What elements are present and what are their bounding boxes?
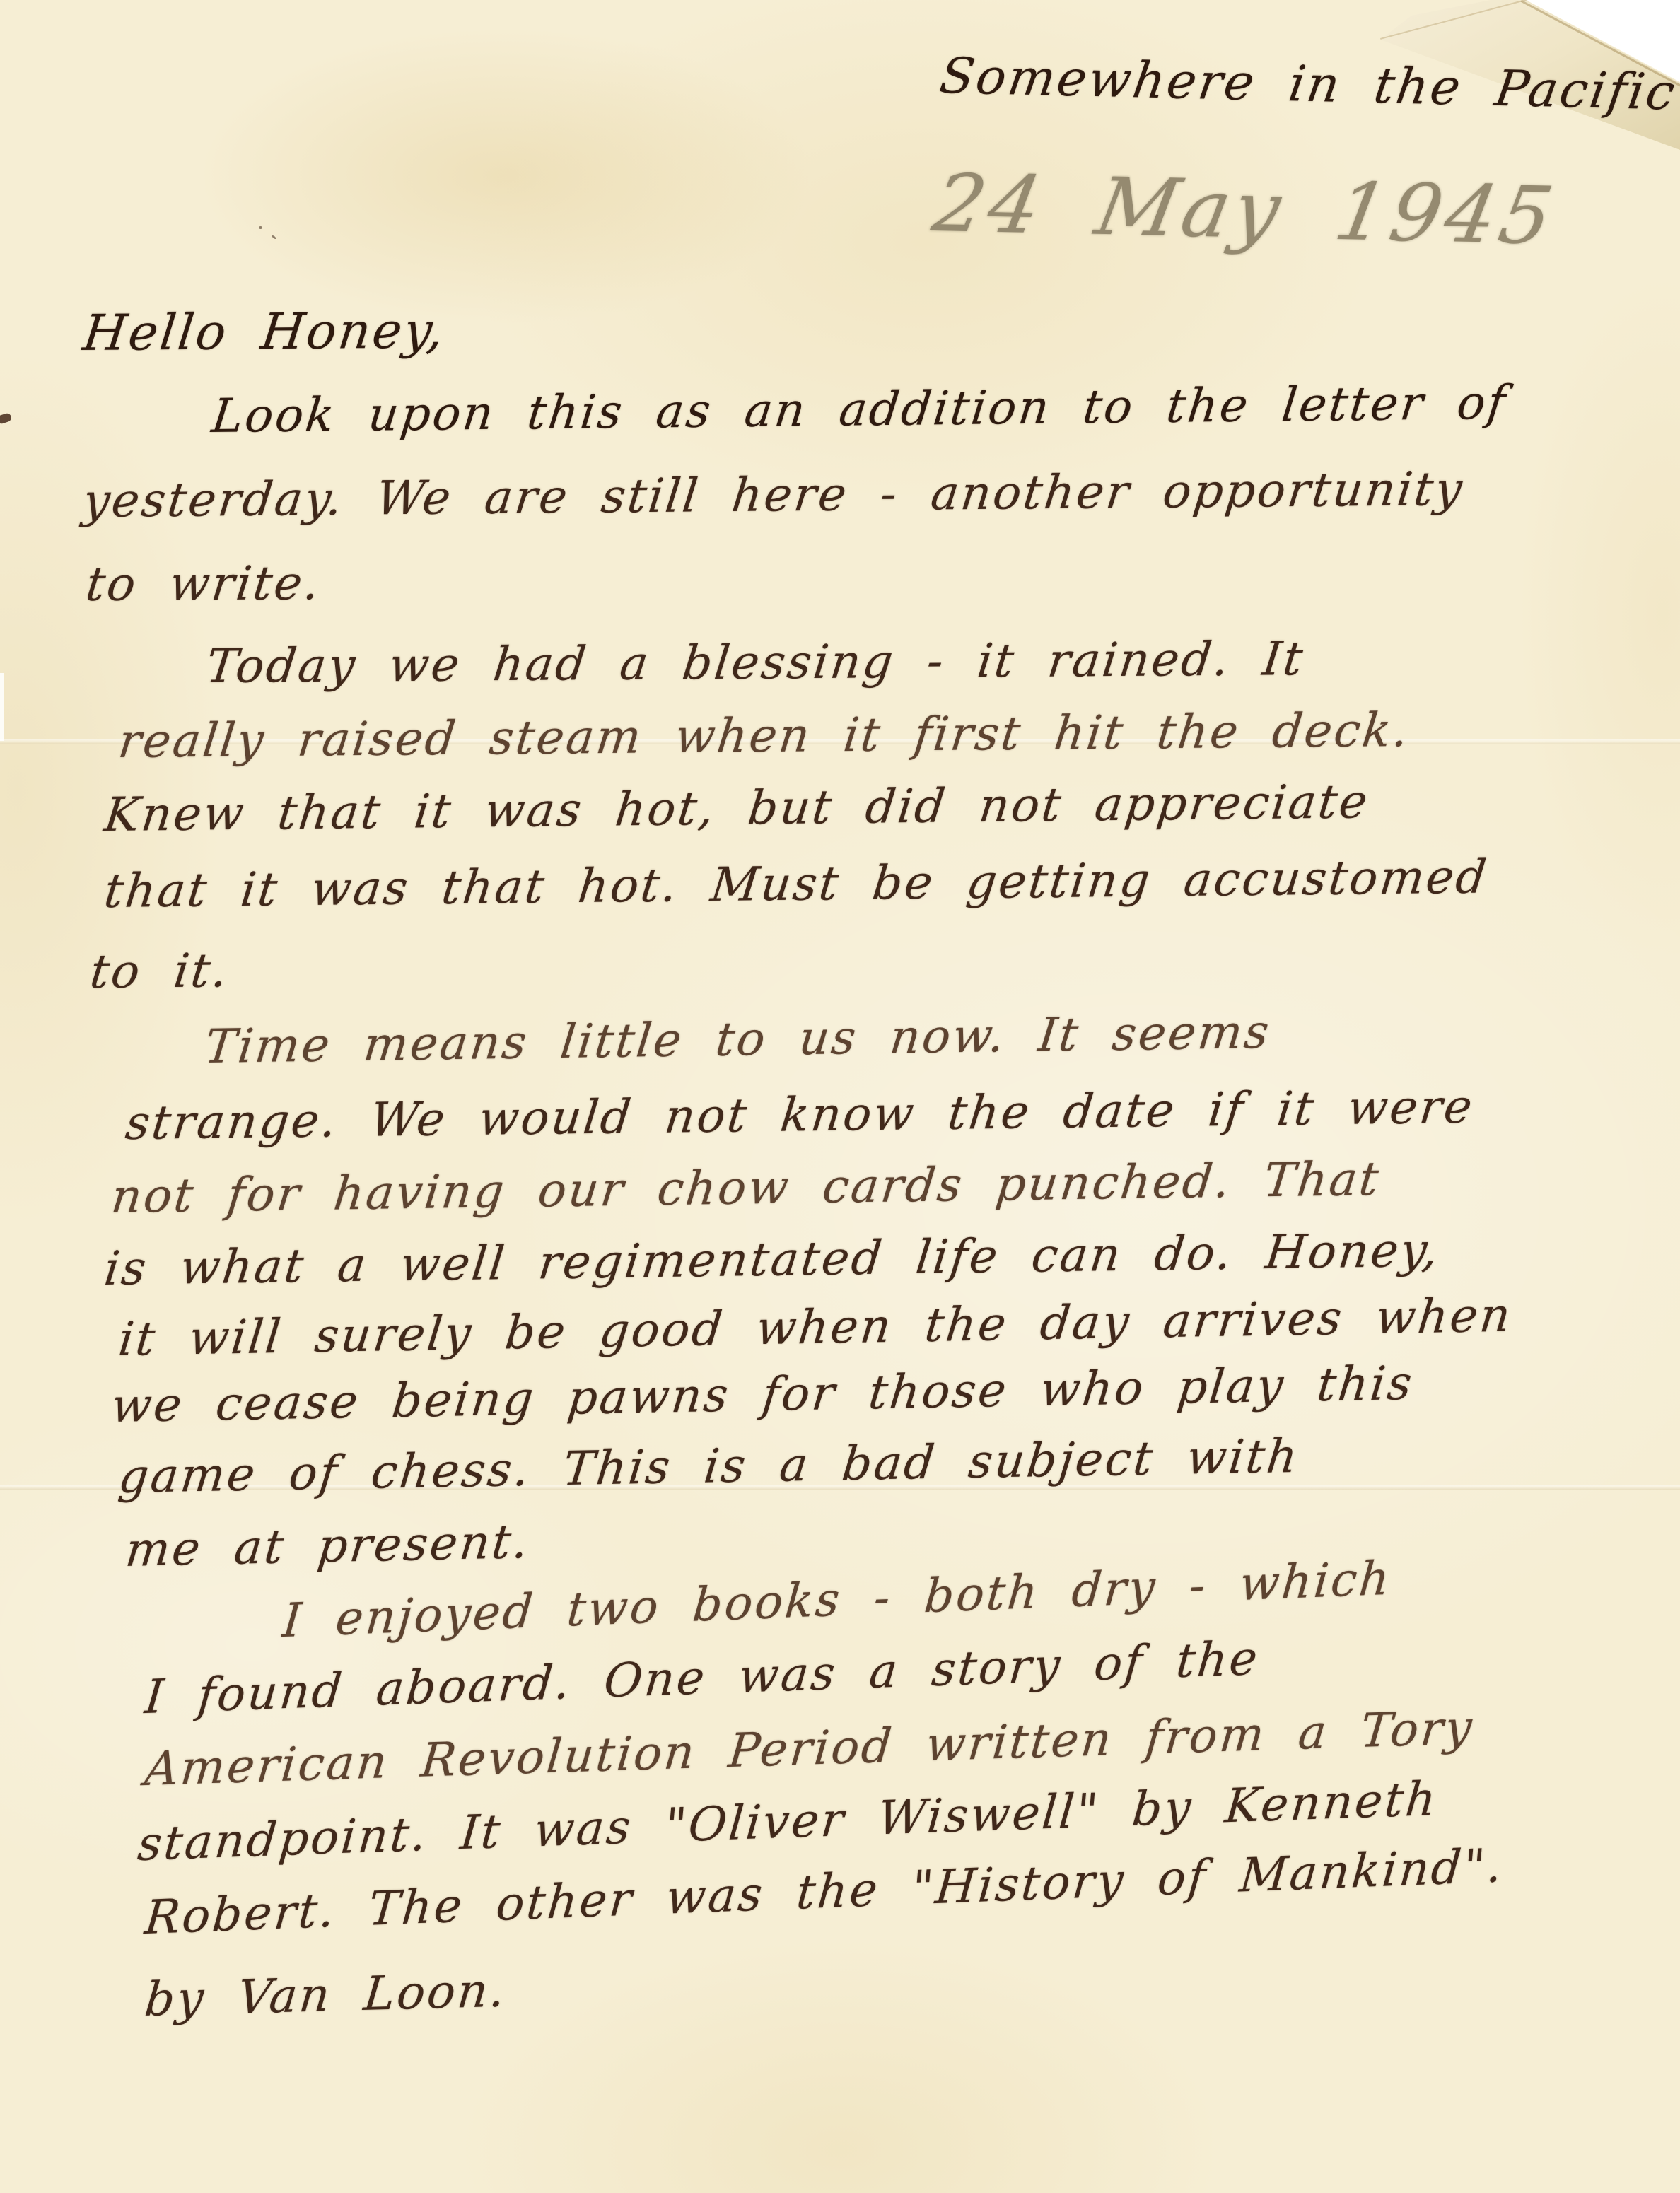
letter-line-3: to write. [83, 554, 325, 614]
letter-scan: Somewhere in the Pacific 24 May 1945 Hel… [0, 0, 1680, 2193]
salutation: Hello Honey, [80, 300, 449, 364]
letter-line-8: to it. [87, 942, 232, 1001]
letter-line-2: yesterday. We are still here - another o… [80, 460, 1467, 531]
letter-line-5: really raised steam when it first hit th… [115, 701, 1413, 771]
letter-line-22: by Van Loon. [142, 1961, 510, 2029]
letter-line-16: me at present. [123, 1513, 533, 1580]
scan-edge-sliver [0, 673, 4, 741]
paper-speck [259, 226, 262, 229]
date-line: 24 May 1945 [926, 154, 1563, 266]
letter-line-4: Today we had a blessing - it rained. It [203, 630, 1307, 696]
